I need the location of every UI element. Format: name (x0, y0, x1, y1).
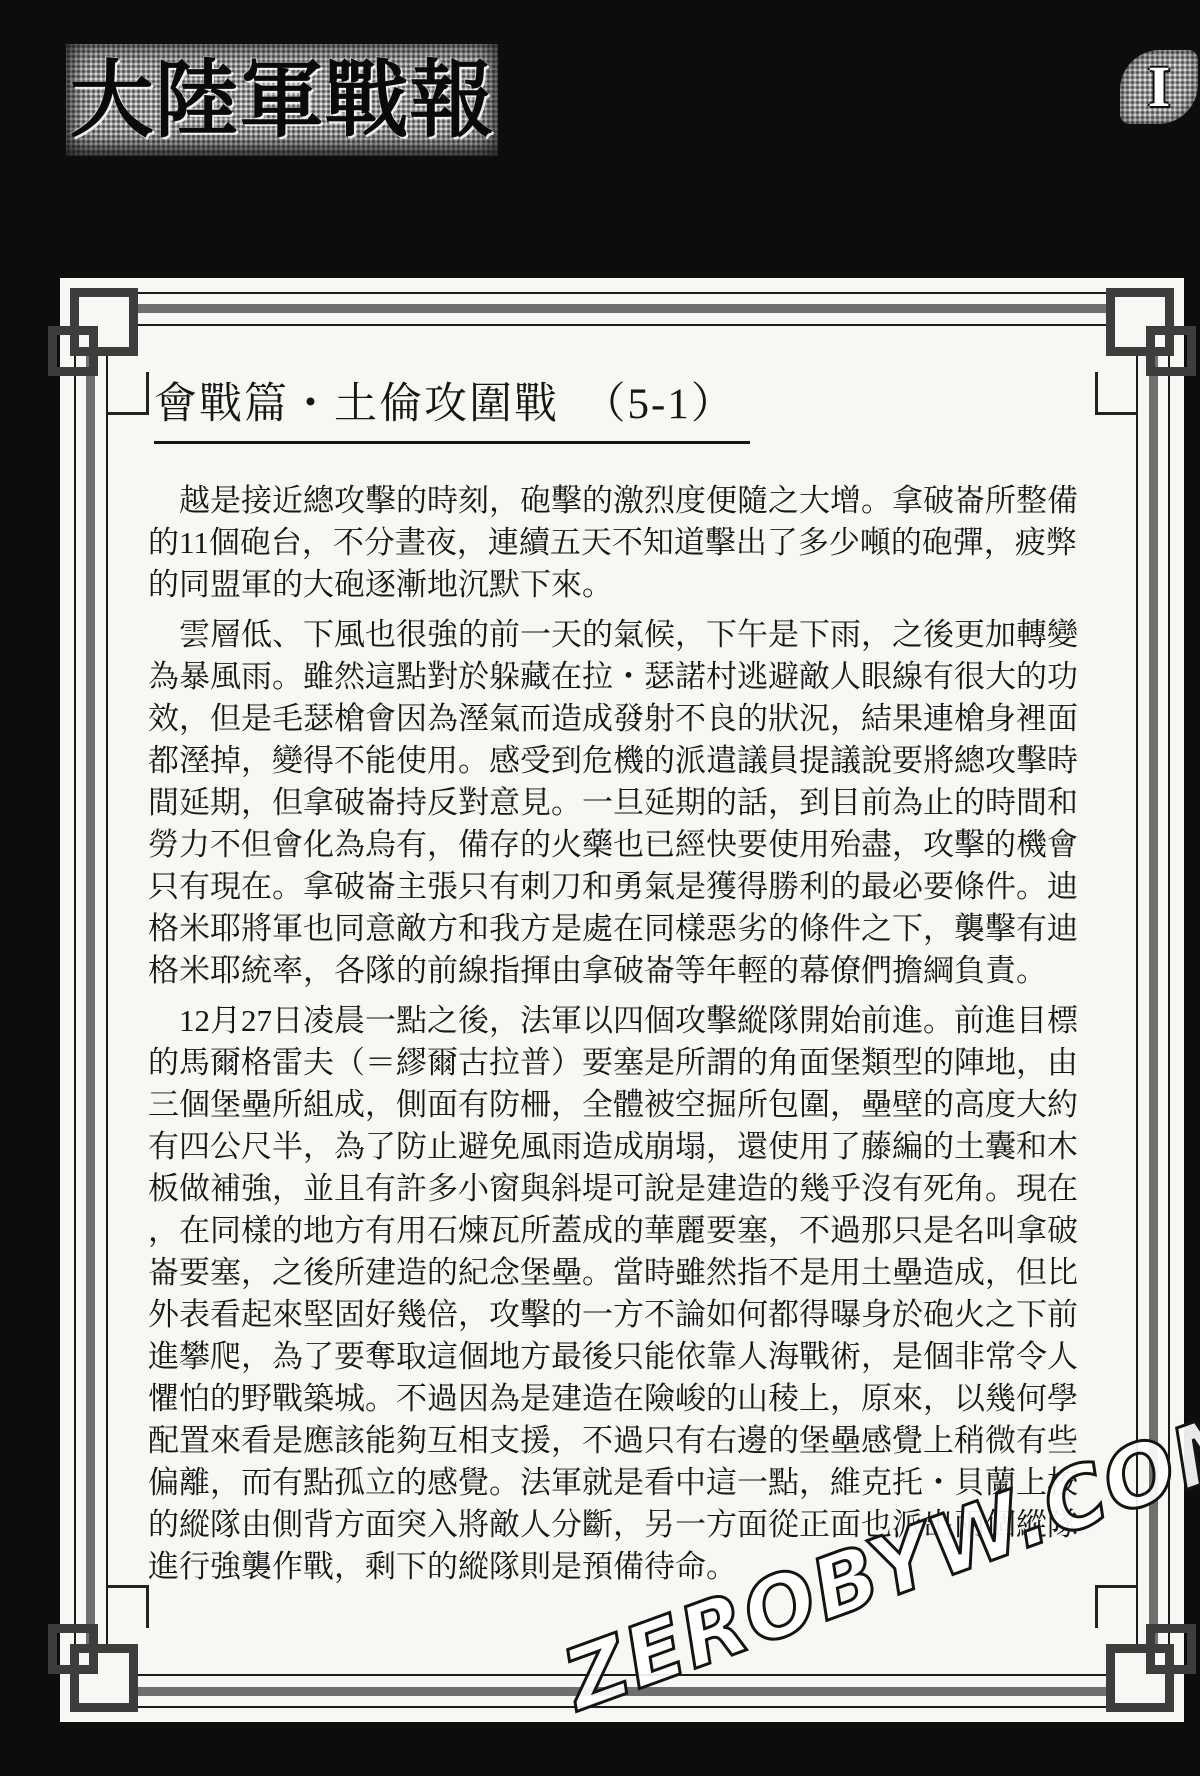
text-line: 格米耶將軍也同意敵方和我方是處在同樣惡劣的條件之下，襲擊有迪 (148, 908, 1082, 950)
corner-square-small (48, 1624, 98, 1674)
text-line: 雲層低、下風也很強的前一天的氣候，下午是下雨，之後更加轉變 (148, 614, 1082, 656)
text-line: 12月27日凌晨一點之後，法軍以四個攻擊縱隊開始前進。前進目標 (148, 1000, 1082, 1042)
corner-ornament-bottom-right (1058, 1586, 1190, 1718)
text-line: 崙要塞，之後所建造的紀念堡壘。當時雖然指不是用土壘造成，但比 (148, 1252, 1082, 1294)
text-line: ，在同樣的地方有用石煉瓦所蓋成的華麗要塞，不過那只是名叫拿破 (148, 1210, 1082, 1252)
text-line: 的11個砲台，不分晝夜，連續五天不知道擊出了多少噸的砲彈，疲弊 (148, 522, 1082, 564)
page-number: I (1148, 58, 1171, 116)
text-line: 越是接近總攻擊的時刻，砲擊的激烈度便隨之大增。拿破崙所整備 (148, 480, 1082, 522)
text-line: 勞力不但會化為烏有，備存的火藥也已經快要使用殆盡，攻擊的機會 (148, 824, 1082, 866)
corner-square-small (48, 326, 98, 376)
corner-bracket-outer (1095, 372, 1138, 415)
header-banner: 大陸軍戰報 (66, 44, 498, 156)
text-line: 外表看起來堅固好幾倍，攻擊的一方不論如何都得曝身於砲火之下前 (148, 1294, 1082, 1336)
corner-ornament-bottom-left (54, 1586, 186, 1718)
text-line: 效，但是毛瑟槍會因為溼氣而造成發射不良的狀況，結果連槍身裡面 (148, 698, 1082, 740)
text-line: 為暴風雨。雖然這點對於躲藏在拉・瑟諾村逃避敵人眼線有很大的功 (148, 656, 1082, 698)
text-line: 只有現在。拿破崙主張只有刺刀和勇氣是獲得勝利的最必要條件。迪 (148, 866, 1082, 908)
text-line: 的同盟軍的大砲逐漸地沉默下來。 (148, 564, 1082, 606)
corner-square-small (1146, 326, 1196, 376)
page-number-badge: I (1120, 50, 1198, 124)
article-title: 會戰篇・土倫攻圍戰 （5-1） (154, 380, 750, 444)
article-body: 越是接近總攻擊的時刻，砲擊的激烈度便隨之大增。拿破崙所整備的11個砲台，不分晝夜… (148, 480, 1082, 1588)
text-line: 懼怕的野戰築城。不過因為是建造在險峻的山稜上，原來，以幾何學 (148, 1378, 1082, 1420)
corner-bracket-outer (106, 372, 149, 415)
corner-bracket-outer (106, 1585, 149, 1628)
article: 會戰篇・土倫攻圍戰 （5-1） 越是接近總攻擊的時刻，砲擊的激烈度便隨之大增。拿… (148, 380, 1082, 1596)
text-line: 配置來看是應該能夠互相支援，不過只有右邊的堡壘感覺上稍微有些 (148, 1420, 1082, 1462)
text-line: 格米耶統率，各隊的前線指揮由拿破崙等年輕的幕僚們擔綱負責。 (148, 950, 1082, 992)
text-line: 間延期，但拿破崙持反對意見。一旦延期的話，到目前為止的時間和 (148, 782, 1082, 824)
paragraph: 雲層低、下風也很強的前一天的氣候，下午是下雨，之後更加轉變為暴風雨。雖然這點對於… (148, 614, 1082, 992)
corner-bracket-outer (1095, 1585, 1138, 1628)
banner-title: 大陸軍戰報 (69, 58, 494, 142)
text-line: 板做補強，並且有許多小窗與斜堤可說是建造的幾乎沒有死角。現在 (148, 1168, 1082, 1210)
text-line: 三個堡壘所組成，側面有防柵，全體被空掘所包圍，壘壁的高度大約 (148, 1084, 1082, 1126)
text-line: 的馬爾格雷夫（＝繆爾古拉普）要塞是所謂的角面堡類型的陣地，由 (148, 1042, 1082, 1084)
text-line: 進攀爬，為了要奪取這個地方最後只能依靠人海戰術，是個非常令人 (148, 1336, 1082, 1378)
text-line: 都溼掉，變得不能使用。感受到危機的派遣議員提議說要將總攻擊時 (148, 740, 1082, 782)
paragraph: 越是接近總攻擊的時刻，砲擊的激烈度便隨之大增。拿破崙所整備的11個砲台，不分晝夜… (148, 480, 1082, 606)
corner-square-small (1146, 1624, 1196, 1674)
text-line: 有四公尺半，為了防止避免風雨造成崩塌，還使用了藤編的土囊和木 (148, 1126, 1082, 1168)
scanned-book-page: 大陸軍戰報 I (0, 0, 1200, 1776)
